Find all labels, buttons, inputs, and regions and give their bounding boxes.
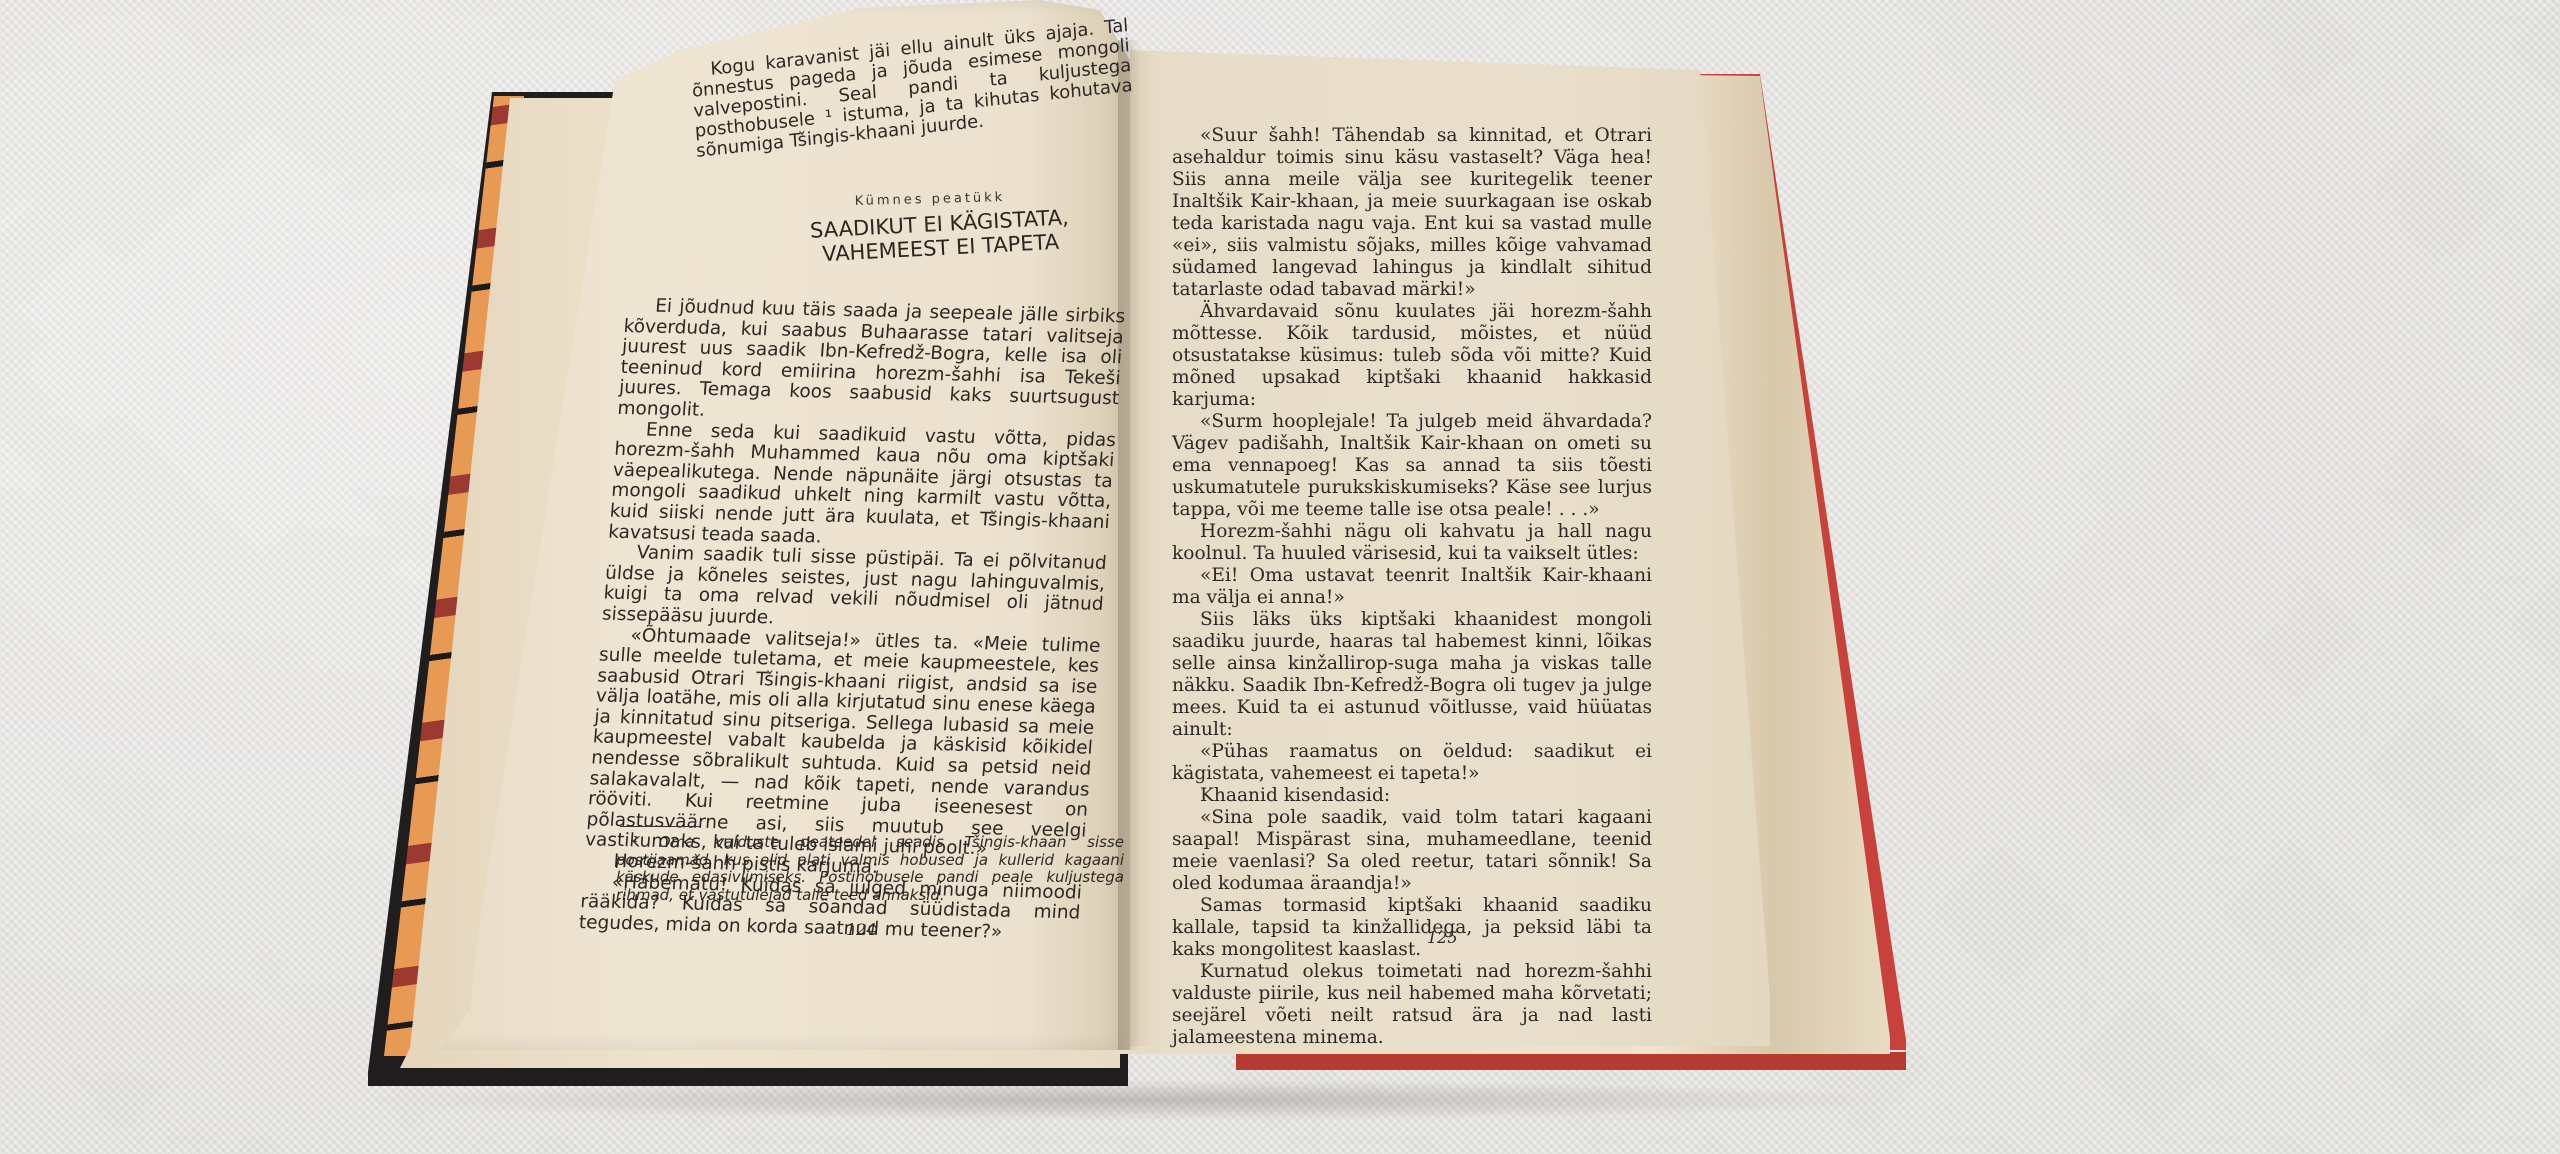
footnote-rule — [620, 826, 700, 827]
paragraph: Siis läks üks kiptšaki khaanidest mongol… — [1172, 609, 1652, 741]
footnote-text: ¹ Oma valduste peateedel seadis Tšingis-… — [616, 834, 1124, 904]
paragraph: Khaanid kisendasid: — [1172, 785, 1652, 807]
paragraph: Vanim saadik tuli sisse püstipäi. Ta ei … — [601, 543, 1107, 637]
paragraph: Ähvardavaid sõnu kuulates jäi horezm-šah… — [1172, 301, 1652, 411]
paragraph: Horezm-šahhi nägu oli kahvatu ja hall na… — [1172, 521, 1652, 565]
footnote: ¹ Oma valduste peateedel seadis Tšingis-… — [616, 834, 1124, 904]
paragraph: Enne seda kui saadikuid vastu võtta, pid… — [607, 419, 1116, 554]
table-shadow — [360, 1080, 1920, 1120]
paragraph: Ei jõudnud kuu täis saada ja seepeale jä… — [617, 296, 1126, 431]
paragraph: Samas tormasid kiptšaki khaanid saadiku … — [1172, 895, 1652, 961]
paragraph: «Suur šahh! Tähendab sa kinnitad, et Otr… — [1172, 125, 1652, 301]
page-number-left: 124 — [846, 920, 877, 939]
right-page-body: «Suur šahh! Tähendab sa kinnitad, et Otr… — [1172, 125, 1652, 1049]
paragraph: «Surm hooplejale! Ta julgeb meid ähvarda… — [1172, 411, 1652, 521]
paragraph: «Ei! Oma ustavat teenrit Inaltšik Kair-k… — [1172, 565, 1652, 609]
paragraph: «Sina pole saadik, vaid tolm tatari kaga… — [1172, 807, 1652, 895]
page-number-right: 125 — [1427, 928, 1458, 947]
paragraph: «Pühas raamatus on öeldud: saadikut ei k… — [1172, 741, 1652, 785]
paragraph: Kurnatud olekus toimetati nad horezm-šah… — [1172, 961, 1652, 1049]
cover-bottom-edge — [1236, 1052, 1906, 1070]
